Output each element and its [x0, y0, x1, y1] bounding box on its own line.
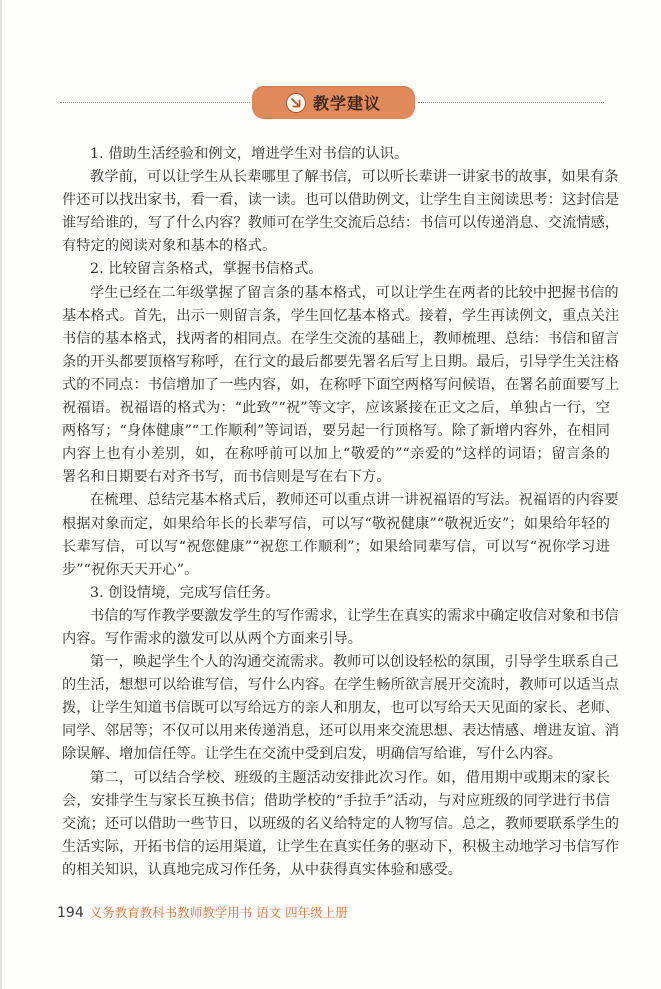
dotted-divider-right [418, 102, 604, 103]
paragraph-line: 条的开头都要顶格写称呼，在行文的最后都要先署名后写上日期。最后，引导学生关注格 [62, 351, 610, 374]
paragraph-line: 教学前，可以让学生从长辈哪里了解书信，可以听长辈讲一讲家书的故事，如果有条 [62, 166, 610, 189]
section-title: 教学建议 [313, 91, 381, 114]
paragraph-line: 步”“祝你天天开心”。 [62, 559, 610, 582]
subheading-2: 2. 比较留言条格式，掌握书信格式。 [62, 258, 610, 281]
paragraph-line: 谁写给谁的，写了什么内容？教师可在学生交流后总结：书信可以传递消息、交流情感， [62, 212, 610, 235]
paragraph-line: 在梳理、总结完基本格式后，教师还可以重点讲一讲祝福语的写法。祝福语的内容要 [62, 489, 610, 512]
paragraph-line: 书信的写作教学要激发学生的写作需求，让学生在真实的需求中确定收信对象和书信 [62, 605, 610, 628]
paragraph-line: 的生活，想想可以给谁写信，写什么内容。在学生畅所欲言展开交流时，教师可以适当点 [62, 674, 610, 697]
paragraph-line: 交流；还可以借助一些节日，以班级的名义给特定的人物写信。总之，教师要联系学生的 [62, 813, 610, 836]
paragraph-line: 件还可以找出家书，看一看，读一读。也可以借助例文，让学生自主阅读思考：这封信是 [62, 189, 610, 212]
paragraph-line: 学生已经在二年级掌握了留言条的基本格式，可以让学生在两者的比较中把握书信的 [62, 282, 610, 305]
paragraph-line: 内容上也有小差别，如，在称呼前可以加上“敬爱的”“亲爱的”这样的词语；留言条的 [62, 443, 610, 466]
paragraph-line: 根据对象而定，如果给年长的长辈写信，可以写“敬祝健康”“敬祝近安”；如果给年轻的 [62, 513, 610, 536]
paragraph-line: 第一，唤起学生个人的沟通交流需求。教师可以创设轻松的氛围，引导学生联系自己 [62, 651, 610, 674]
paragraph-line: 式的不同点：书信增加了一些内容，如，在称呼下面空两格写问候语，在署名前面要写上 [62, 374, 610, 397]
paragraph-line: 署名和日期要右对齐书写，而书信则是写在右下方。 [62, 466, 610, 489]
paragraph-line: 祝福语。祝福语的格式为：“此致”“祝”等文字，应该紧接在正文之后，单独占一行，空 [62, 397, 610, 420]
paragraph-line: 内容。写作需求的激发可以从两个方面来引导。 [62, 628, 610, 651]
page-footer: 194 义务教育教科书教师教学用书 语文 四年级上册 [57, 903, 348, 921]
paragraph-line: 的相关知识，认真地完成习作任务，从中获得真实体验和感受。 [62, 859, 610, 882]
arrow-down-right-circle-icon [286, 93, 306, 113]
paragraph-line: 第二，可以结合学校、班级的主题活动安排此次习作。如，借用期中或期末的家长 [62, 767, 610, 790]
page-number: 194 [57, 905, 84, 921]
paragraph-line: 基本格式。首先，出示一则留言条，学生回忆基本格式。接着，学生再读例文，重点关注 [62, 305, 610, 328]
section-badge: 教学建议 [252, 86, 415, 119]
paragraph-line: 除误解、增加信任等。让学生在交流中受到启发，明确信写给谁，写什么内容。 [62, 743, 610, 766]
paragraph-line: 有特定的阅读对象和基本的格式。 [62, 235, 610, 258]
paragraph-line: 生活实际，开拓书信的运用渠道，让学生在真实任务的驱动下，积极主动地学习书信写作 [62, 836, 610, 859]
body-text: 1. 借助生活经验和例文，增进学生对书信的认识。 教学前，可以让学生从长辈哪里了… [62, 143, 610, 882]
paragraph-line: 拨，让学生知道书信既可以写给远方的亲人和朋友，也可以写给天天见面的家长、老师、 [62, 697, 610, 720]
subheading-1: 1. 借助生活经验和例文，增进学生对书信的认识。 [62, 143, 610, 166]
book-title: 义务教育教科书教师教学用书 语文 四年级上册 [90, 903, 348, 921]
subheading-3: 3. 创设情境，完成写信任务。 [62, 582, 610, 605]
paragraph-line: 书信的基本格式，找两者的相同点。在学生交流的基础上，教师梳理、总结：书信和留言 [62, 328, 610, 351]
paragraph-line: 长辈写信，可以写“祝您健康”“祝您工作顺利”；如果给同辈写信，可以写“祝你学习进 [62, 536, 610, 559]
paragraph-line: 两格写；“身体健康”“工作顺利”等词语，要另起一行顶格写。除了新增内容外，在相同 [62, 420, 610, 443]
page-edge [0, 0, 2, 989]
paragraph-line: 会，安排学生与家长互换书信；借助学校的“手拉手”活动，与对应班级的同学进行书信 [62, 790, 610, 813]
section-header: 教学建议 [0, 86, 661, 120]
paragraph-line: 同学、邻居等；不仅可以用来传递消息，还可以用来交流思想、表达情感、增进友谊、消 [62, 720, 610, 743]
dotted-divider-left [60, 102, 250, 103]
